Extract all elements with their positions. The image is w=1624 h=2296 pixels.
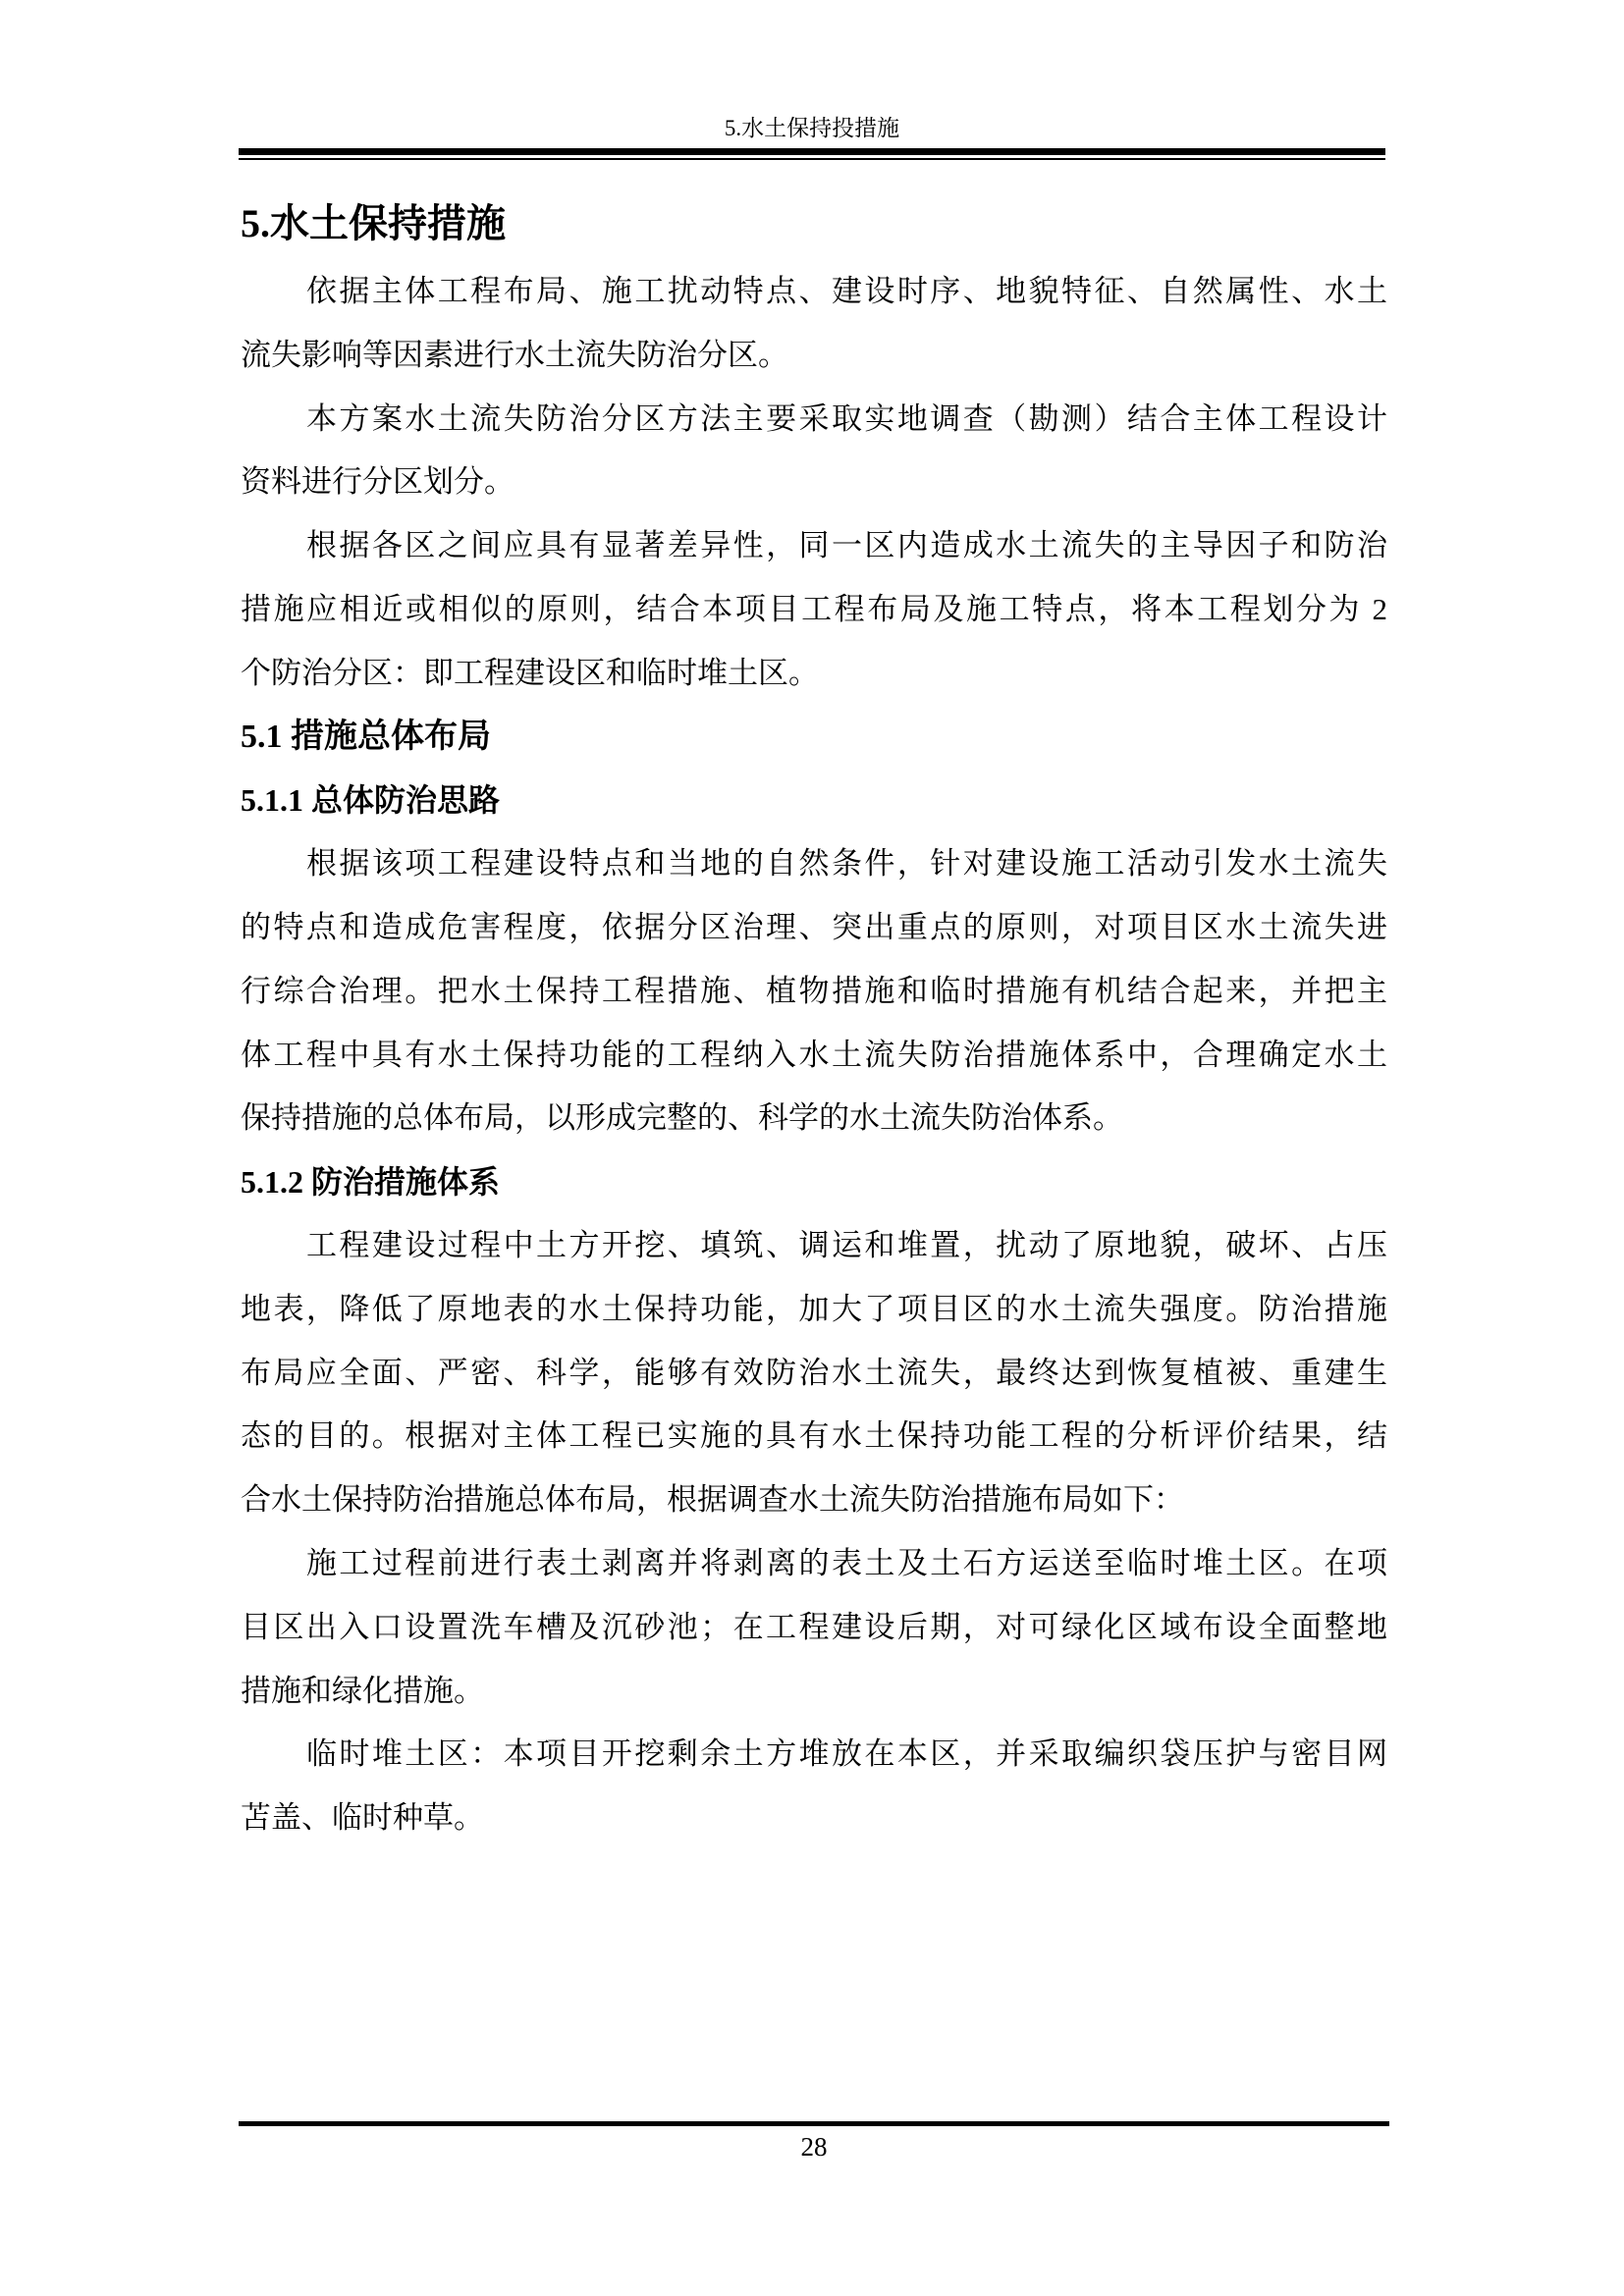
chapter-title: 5.水土保持措施 [241, 187, 1387, 260]
body-line: 流失影响等因素进行水土流失防治分区。 [241, 324, 1387, 388]
body-line: 地表，降低了原地表的水土保持功能，加大了项目区的水土流失强度。防治措施 [241, 1278, 1387, 1342]
document-page: 5.水土保持投措施 5.水土保持措施 依据主体工程布局、施工扰动特点、建设时序、… [0, 0, 1624, 2296]
body-line: 根据该项工程建设特点和当地的自然条件，针对建设施工活动引发水土流失 [241, 832, 1387, 896]
body-line: 合水土保持防治措施总体布局，根据调查水土流失防治措施布局如下： [241, 1468, 1387, 1532]
body-line: 施工过程前进行表土剥离并将剥离的表土及土石方运送至临时堆土区。在项 [241, 1532, 1387, 1596]
body-line: 体工程中具有水土保持功能的工程纳入水土流失防治措施体系中，合理确定水土 [241, 1024, 1387, 1088]
body-line: 措施和绿化措施。 [241, 1660, 1387, 1724]
heading-5-1-1: 5.1.1 总体防治思路 [241, 769, 1387, 832]
body-line: 个防治分区：即工程建设区和临时堆土区。 [241, 642, 1387, 706]
body-line: 态的目的。根据对主体工程已实施的具有水土保持功能工程的分析评价结果，结 [241, 1405, 1387, 1468]
body-line: 根据各区之间应具有显著差异性，同一区内造成水土流失的主导因子和防治 [241, 514, 1387, 578]
footer-rule [239, 2121, 1389, 2126]
heading-5-1-2: 5.1.2 防治措施体系 [241, 1150, 1387, 1214]
page-header-title: 5.水土保持投措施 [0, 114, 1624, 143]
body-line: 目区出入口设置洗车槽及沉砂池；在工程建设后期，对可绿化区域布设全面整地 [241, 1596, 1387, 1660]
header-rule-thick [239, 148, 1385, 155]
body-line: 依据主体工程布局、施工扰动特点、建设时序、地貌特征、自然属性、水土 [241, 260, 1387, 324]
body-line: 措施应相近或相似的原则，结合本项目工程布局及施工特点，将本工程划分为 2 [241, 578, 1387, 642]
page-number: 28 [239, 2130, 1389, 2163]
header-rule-thin [239, 158, 1385, 160]
heading-5-1: 5.1 措施总体布局 [241, 706, 1387, 770]
body-line: 临时堆土区：本项目开挖剩余土方堆放在本区，并采取编织袋压护与密目网 [241, 1723, 1387, 1787]
document-body: 5.水土保持措施 依据主体工程布局、施工扰动特点、建设时序、地貌特征、自然属性、… [241, 187, 1387, 1850]
body-line: 苫盖、临时种草。 [241, 1787, 1387, 1850]
body-line: 行综合治理。把水土保持工程措施、植物措施和临时措施有机结合起来，并把主 [241, 960, 1387, 1024]
body-line: 布局应全面、严密、科学，能够有效防治水土流失，最终达到恢复植被、重建生 [241, 1342, 1387, 1406]
body-line: 资料进行分区划分。 [241, 451, 1387, 514]
body-line: 的特点和造成危害程度，依据分区治理、突出重点的原则，对项目区水土流失进 [241, 896, 1387, 960]
body-line: 本方案水土流失防治分区方法主要采取实地调查（勘测）结合主体工程设计 [241, 388, 1387, 452]
body-line: 工程建设过程中土方开挖、填筑、调运和堆置，扰动了原地貌，破坏、占压 [241, 1214, 1387, 1278]
body-line: 保持措施的总体布局，以形成完整的、科学的水土流失防治体系。 [241, 1087, 1387, 1150]
